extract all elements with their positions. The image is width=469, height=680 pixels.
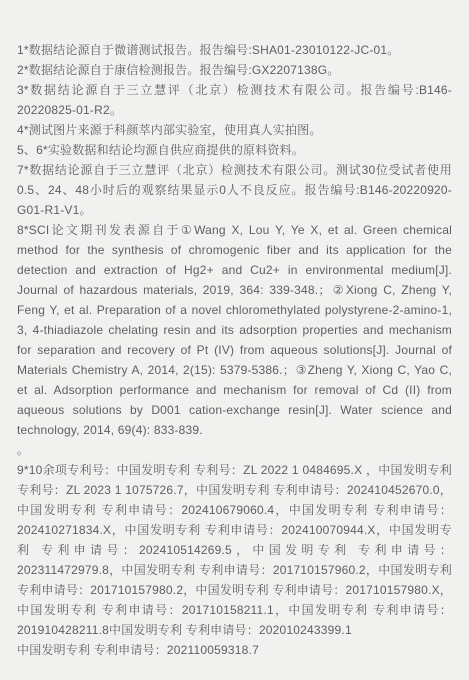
footnote-8-overflow: 。 xyxy=(17,440,452,460)
footnote-3: 3*数据结论源自于三立慧评（北京）检测技术有限公司。报告编号:B146-2022… xyxy=(17,80,452,120)
footnote-5-6: 5、6*实验数据和结论均源自供应商提供的原料资料。 xyxy=(17,140,452,160)
footnote-9-continued: 中国发明专利 专利申请号：202110059318.7 xyxy=(17,640,452,660)
footnotes-document: 1*数据结论源自于微谱测试报告。报告编号:SHA01-23010122-JC-0… xyxy=(0,0,469,680)
footnote-9: 9*10余项专利号：中国发明专利 专利号：ZL 2022 1 0484695.X… xyxy=(17,460,452,640)
footnote-4: 4*测试图片来源于科颜萃内部实验室，使用真人实拍图。 xyxy=(17,120,452,140)
footnote-7: 7*数据结论源自于三立慧评（北京）检测技术有限公司。测试30位受试者使用0.5、… xyxy=(17,160,452,220)
footnote-2: 2*数据结论源自于康信检测报告。报告编号:GX2207138G。 xyxy=(17,60,452,80)
footnote-8: 8*SCI论文期刊发表源自于①Wang X, Lou Y, Ye X, et a… xyxy=(17,220,452,440)
footnote-1: 1*数据结论源自于微谱测试报告。报告编号:SHA01-23010122-JC-0… xyxy=(17,40,452,60)
